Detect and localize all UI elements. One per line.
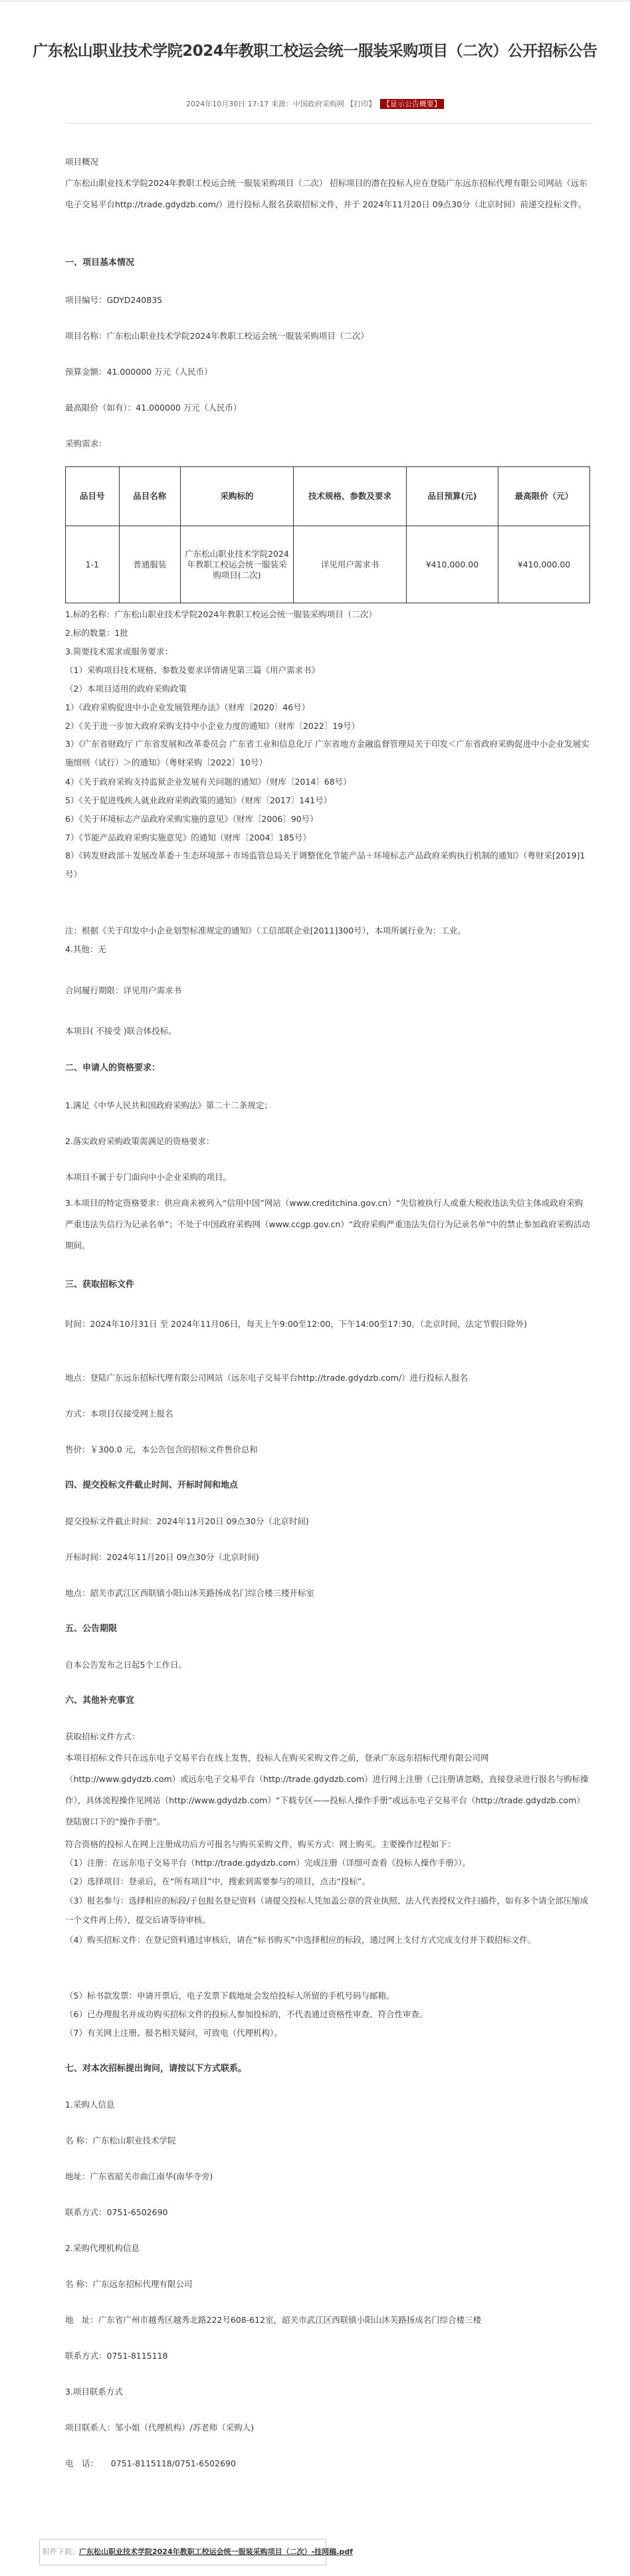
qualification-text: 本项目不属于专门面向中小企业采购的项目。 bbox=[65, 1171, 231, 1184]
process-step: （3）报名参与：选择相应的标段/子包报名登记资料（请提交投标人凭加盖公章的营业执… bbox=[65, 1891, 590, 1930]
subject-name: 1.标的名称：广东松山职业技术学院2024年教职工校运会统一服装采购项目（二次） bbox=[65, 608, 377, 621]
purchaser-contact: 联系方式：0751-6502690 bbox=[65, 2206, 168, 2219]
policy-item: 2）《关于进一步加大政府采购支持中小企业力度的通知》（财库〔2022〕19号） bbox=[65, 720, 360, 733]
policy-item: 8）《转发财政部＋发展改革委＋生态环境部＋市场监管总局关于调整优化节能产品＋环境… bbox=[65, 846, 590, 884]
cell-item-no: 1-1 bbox=[66, 526, 120, 603]
requirements-table: 品目号 品目名称 采购标的 技术规格、参数及要求 品目预算(元) 最高限价（元）… bbox=[65, 466, 590, 603]
agency-name: 名 称：广东远东招标代理有限公司 bbox=[65, 2278, 192, 2291]
show-summary-button[interactable]: 【显示公告概要】 bbox=[380, 99, 444, 109]
requirement-item: （1）采购项目技术规格、参数及要求详情请见第三篇《用户需求书》 bbox=[65, 664, 320, 677]
table-header-row: 品目号 品目名称 采购标的 技术规格、参数及要求 品目预算(元) 最高限价（元） bbox=[66, 467, 590, 526]
policy-item: 1）《政府采购促进中小企业发展管理办法》（财库〔2020〕46号） bbox=[65, 701, 310, 714]
attachment-download-link[interactable]: 广东松山职业技术学院2024年教职工校运会统一服装采购项目（二次）-挂网稿.pd… bbox=[79, 2547, 353, 2556]
purchase-process: 符合资格的投标人在网上注册成功后方可报名与购买采购文件，购买方式：网上购买。主要… bbox=[65, 1838, 456, 1851]
top-bar bbox=[0, 0, 630, 2]
page-title: 广东松山职业技术学院2024年教职工校运会统一服装采购项目（二次）公开招标公告 bbox=[0, 39, 630, 64]
industry-note: 注：根据《关于印发中小企业划型标准规定的通知》（工信部联企业[2011]300号… bbox=[65, 924, 466, 938]
policy-item: 6）《关于环境标志产品政府采购实施的意见》（财库〔2006〕90号） bbox=[65, 813, 318, 826]
agency-contact: 联系方式：0751-8115118 bbox=[65, 2349, 168, 2363]
cell-item-name: 普通服装 bbox=[119, 526, 180, 603]
requirements-label: 采购需求： bbox=[65, 437, 107, 450]
process-step: （1）注册：在远东电子交易平台（http://trade.gdydzb.com）… bbox=[65, 1856, 471, 1870]
policy-item: 7）《节能产品政府采购实施意见》的通知（财库〔2004〕185号） bbox=[65, 831, 311, 844]
requirement-item: （2）本项目适用的政府采购政策 bbox=[65, 682, 187, 696]
bid-place: 地点：韶关市武江区西联镇小阳山沐芙路扬成名门综合楼三楼开标室 bbox=[65, 1587, 314, 1600]
section2-heading: 二、申请人的资格要求： bbox=[65, 1062, 160, 1075]
bid-opening: 开标时间：2024年11月20日 09点30分（北京时间) bbox=[65, 1551, 259, 1564]
title-divider bbox=[66, 123, 593, 124]
process-step: （7）有关网上注册、报名相关疑问，可致电（代理机构）。 bbox=[65, 2027, 282, 2040]
print-link[interactable]: 【打印】 bbox=[346, 100, 375, 108]
doc-method: 方式：本项目仅接受网上报名 bbox=[65, 1407, 173, 1421]
project-name: 项目名称：广东松山职业技术学院2024年教职工校运会统一服装采购项目（二次） bbox=[65, 330, 369, 343]
other-info: 4.其他：无 bbox=[65, 943, 106, 956]
section3-heading: 三、获取招标文件 bbox=[65, 1278, 134, 1292]
col-header: 品目名称 bbox=[119, 467, 180, 526]
section1-heading: 一、项目基本情况 bbox=[65, 256, 134, 270]
overview-heading: 项目概况 bbox=[65, 155, 98, 169]
agency-address: 地 址：广东省广州市越秀区越秀北路222号608-612室，韶关市武江区西联镇小… bbox=[65, 2314, 481, 2327]
purchaser-heading: 1.采购人信息 bbox=[65, 2098, 114, 2112]
article-meta: 2024年10月30日 17:17 来源：中国政府采购网 【打印】 【显示公告概… bbox=[0, 98, 630, 109]
policy-item: 5）《关于促进残疾人就业政府采购政策的通知》（财库〔2017〕141号） bbox=[65, 794, 332, 807]
project-contact-person: 项目联系人：邹小姐（代理机构）/苏老师（采购人) bbox=[65, 2421, 254, 2434]
source-label: 来源： bbox=[271, 100, 293, 108]
purchaser-address: 地址：广东省韶关市曲江南华(南华寺旁) bbox=[65, 2170, 213, 2183]
agency-heading: 2.采购代理机构信息 bbox=[65, 2242, 140, 2255]
process-step: （5）标书款发票：申请开票后，电子发票下载地址会发给投标人所留的手机号码与邮箱。 bbox=[65, 1989, 394, 2003]
purchaser-name: 名 称：广东松山职业技术学院 bbox=[65, 2134, 175, 2147]
doc-method-text: 本项目招标文件只在远东电子交易平台在线上发售，投标人在购买采购文件之前，登录广东… bbox=[65, 1747, 590, 1833]
doc-price: 售价：￥300.0 元，本公告包含的招标文件售价总和 bbox=[65, 1443, 258, 1456]
section5-heading: 五、公告期限 bbox=[65, 1623, 117, 1636]
process-step: （4）购买招标文件：在登记资料通过审核后，请在“标书购买”中选择相应的标段，通过… bbox=[65, 1930, 590, 1949]
subject-quantity: 2.标的数量：1批 bbox=[65, 627, 128, 640]
policy-item: 4）《关于政府采购支持监狱企业发展有关问题的通知》（财库〔2014〕68号） bbox=[65, 775, 352, 789]
col-header: 最高限价（元） bbox=[498, 467, 589, 526]
notice-period: 自本公告发布之日起5个工作日。 bbox=[65, 1658, 187, 1672]
doc-method-label: 获取招标文件方式： bbox=[65, 1730, 140, 1743]
max-price: 最高限价（如有）：41.000000 万元（人民币） bbox=[65, 401, 241, 415]
attachment-box: 附件下载：广东松山职业技术学院2024年教职工校运会统一服装采购项目（二次）-挂… bbox=[39, 2539, 326, 2565]
source-value: 中国政府采购网 bbox=[293, 100, 344, 108]
col-header: 品目预算(元) bbox=[406, 467, 498, 526]
requirements-brief: 3.简要技术需求或服务要求： bbox=[65, 645, 173, 658]
col-header: 品目号 bbox=[66, 467, 120, 526]
doc-time: 时间：2024年10月31日 至 2024年11月06日，每天上午9:00至12… bbox=[65, 1314, 590, 1335]
col-header: 技术规格、参数及要求 bbox=[293, 467, 406, 526]
contract-period: 合同履行期限：详见用户需求书 bbox=[65, 984, 181, 997]
section4-heading: 四、提交投标文件截止时间、开标时间和地点 bbox=[65, 1479, 238, 1492]
table-row: 1-1 普通服装 广东松山职业技术学院2024年教职工校运会统一服装采购项目(二… bbox=[66, 526, 590, 603]
cell-budget: ¥410,000.00 bbox=[406, 526, 498, 603]
qualification-item: 3.本项目的特定资格要求：供应商未被列入“信用中国”网站（www.creditc… bbox=[65, 1193, 590, 1256]
cell-spec: 详见用户需求书 bbox=[293, 526, 406, 603]
project-number: 项目编号：GDYD240835 bbox=[65, 294, 162, 307]
process-step: （2）选择项目：登录后，在“所有项目”中，搜索到需要参与的项目，点击“投标”。 bbox=[65, 1875, 370, 1888]
section6-heading: 六、其他补充事宜 bbox=[65, 1694, 134, 1708]
policy-item: 3）《广东省财政厅 广东省发展和改革委员会 广东省工业和信息化厅 广东省地方金融… bbox=[65, 735, 590, 772]
qualification-item: 2.落实政府采购政策需满足的资格要求： bbox=[65, 1135, 214, 1148]
section7-heading: 七、对本次招标提出询问，请按以下方式联系。 bbox=[65, 2062, 247, 2076]
project-contact-heading: 3.项目联系方式 bbox=[65, 2385, 123, 2399]
process-step: （6）已办理报名并成功购买招标文件的投标人参加投标的，不代表通过资格性审查、符合… bbox=[65, 2008, 427, 2021]
consortium-note: 本项目( 不接受 )联合体投标。 bbox=[65, 1025, 177, 1038]
cell-max-price: ¥410,000.00 bbox=[498, 526, 589, 603]
publish-date: 2024年10月30日 17:17 bbox=[186, 100, 268, 108]
budget-amount: 预算金额：41.000000 万元（人民币） bbox=[65, 365, 213, 379]
col-header: 采购标的 bbox=[180, 467, 293, 526]
overview-text: 广东松山职业技术学院2024年教职工校运会统一服装采购项目（二次） 招标项目的潜… bbox=[65, 173, 590, 215]
project-contact-phone: 电 话： 0751-8115118/0751-6502690 bbox=[65, 2457, 236, 2470]
qualification-item: 1.满足《中华人民共和国政府采购法》第二十二条规定； bbox=[65, 1099, 272, 1112]
cell-subject: 广东松山职业技术学院2024年教职工校运会统一服装采购项目(二次) bbox=[180, 526, 293, 603]
bid-deadline: 提交投标文件截止时间：2024年11月20日 09点30分（北京时间) bbox=[65, 1515, 309, 1528]
doc-place: 地点：登陆广东远东招标代理有限公司网站（远东电子交易平台http://trade… bbox=[65, 1371, 468, 1385]
attachment-label: 附件下载： bbox=[43, 2547, 79, 2556]
